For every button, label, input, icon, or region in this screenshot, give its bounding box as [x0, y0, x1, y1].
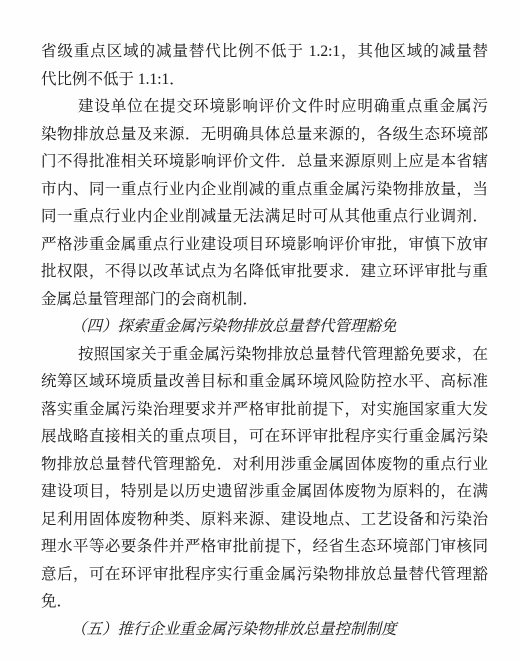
- text-line: 建设单位在提交环境影响评价文件时应明确重点重金属污: [41, 93, 488, 121]
- text-line: （四）探索重金属污染物排放总量替代管理豁免: [41, 313, 488, 341]
- text-line: 落实重金属污染治理要求并严格审批前提下，对实施国家重大发: [41, 396, 488, 424]
- text-line: 代比例不低于 1.1:1．: [41, 66, 488, 94]
- text-line: 展战略直接相关的重点项目，可在环评审批程序实行重金属污染: [41, 423, 488, 451]
- text-line: 金属总量管理部门的会商机制．: [41, 286, 488, 314]
- text-line: 省级重点区域的减量替代比例不低于 1.2:1，其他区域的减量替: [41, 38, 488, 66]
- text-line: 物排放总量替代管理豁免．对利用涉重金属固体废物的重点行业: [41, 451, 488, 479]
- text-line: 同一重点行业内企业削减量无法满足时可从其他重点行业调剂．: [41, 203, 488, 231]
- text-line: 染物排放总量及来源．无明确具体总量来源的，各级生态环境部: [41, 121, 488, 149]
- text-line: 免．: [41, 588, 488, 616]
- text-line: 批权限，不得以改革试点为名降低审批要求．建立环评审批与重: [41, 258, 488, 286]
- text-line: （五）推行企业重金属污染物排放总量控制制度: [41, 616, 488, 644]
- text-line: 按照国家关于重金属污染物排放总量替代管理豁免要求，在: [41, 341, 488, 369]
- text-line: 建设项目，特别是以历史遗留涉重金属固体废物为原料的，在满: [41, 478, 488, 506]
- document-page: 省级重点区域的减量替代比例不低于 1.2:1，其他区域的减量替代比例不低于 1.…: [0, 0, 519, 662]
- text-line: 意后，可在环评审批程序实行重金属污染物排放总量替代管理豁: [41, 561, 488, 589]
- text-line: 严格涉重金属重点行业建设项目环境影响评价审批，审慎下放审: [41, 231, 488, 259]
- text-line: 理水平等必要条件并严格审批前提下，经省生态环境部门审核同: [41, 533, 488, 561]
- text-line: 统筹区域环境质量改善目标和重金属环境风险防控水平、高标准: [41, 368, 488, 396]
- text-line: 足利用固体废物种类、原料来源、建设地点、工艺设备和污染治: [41, 506, 488, 534]
- text-line: 门不得批准相关环境影响评价文件．总量来源原则上应是本省辖: [41, 148, 488, 176]
- text-block: 省级重点区域的减量替代比例不低于 1.2:1，其他区域的减量替代比例不低于 1.…: [41, 38, 488, 643]
- text-line: 市内、同一重点行业内企业削减的重点重金属污染物排放量，当: [41, 176, 488, 204]
